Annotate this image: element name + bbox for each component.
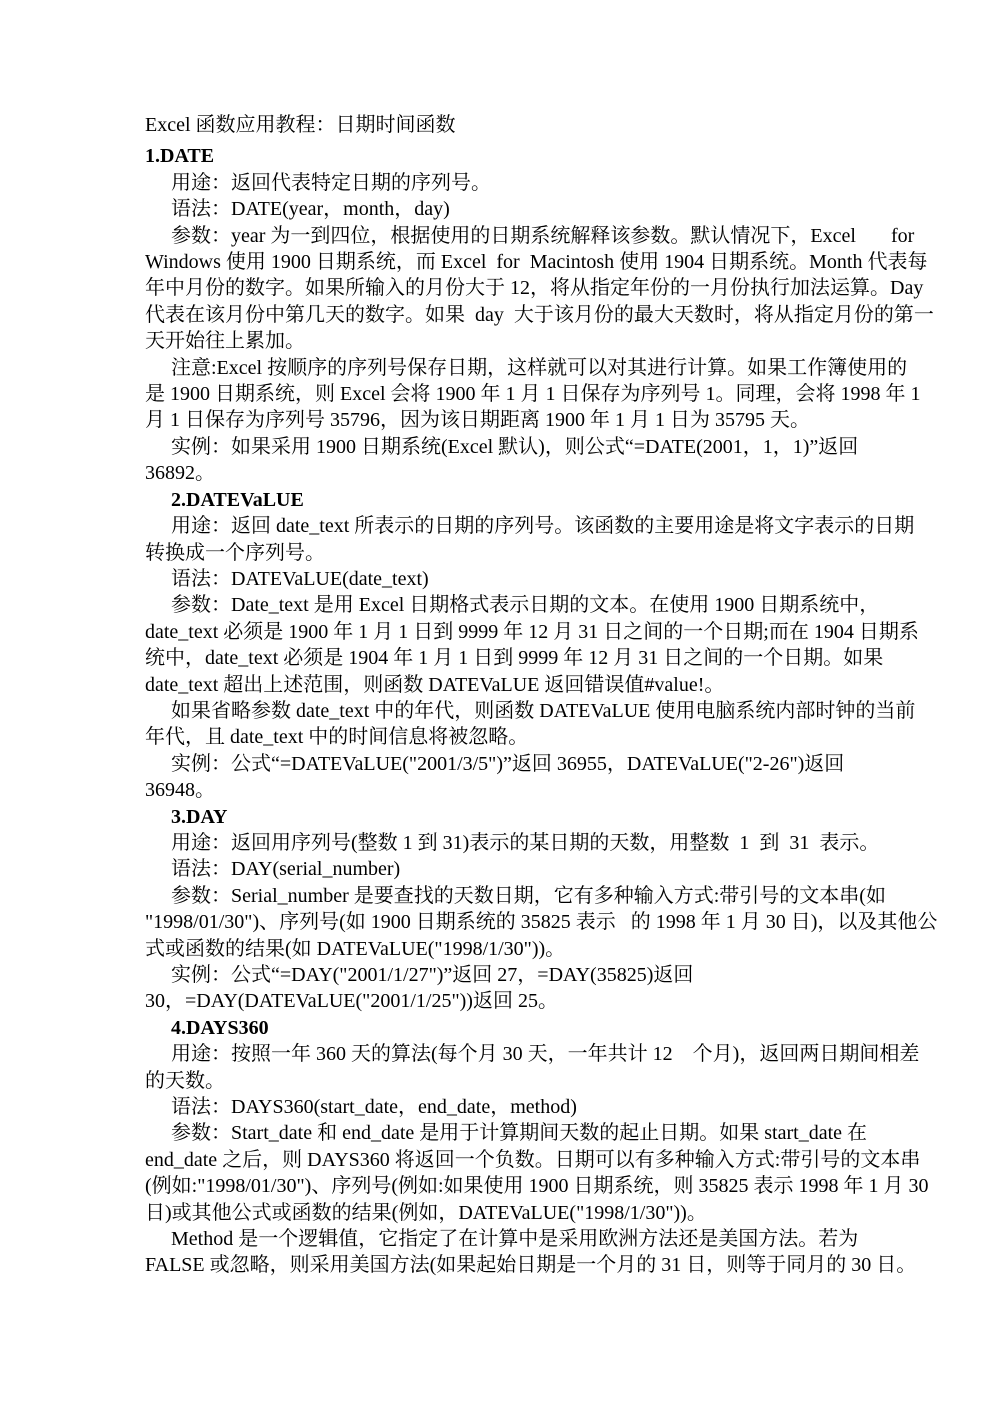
- document-content: Excel 函数应用教程：日期时间函数1.DATE用途：返回代表特定日期的序列号…: [145, 112, 851, 1279]
- text-line: 月 1 日保存为序列号 35796，因为该日期距离 1900 年 1 月 1 日…: [145, 407, 851, 433]
- text-line: 36948。: [145, 777, 851, 803]
- text-line: 注意:Excel 按顺序的序列号保存日期，这样就可以对其进行计算。如果工作簿使用…: [145, 355, 851, 381]
- text-line: 用途：按照一年 360 天的算法(每个月 30 天，一年共计 12 个月)，返回…: [145, 1041, 851, 1067]
- section-heading: 2.DATEVaLUE: [145, 487, 851, 513]
- text-line: 是 1900 日期系统，则 Excel 会将 1900 年 1 月 1 日保存为…: [145, 381, 851, 407]
- text-line: 代表在该月份中第几天的数字。如果 day 大于该月份的最大天数时，将从指定月份的…: [145, 302, 851, 328]
- text-line: 语法：DATEVaLUE(date_text): [145, 566, 851, 592]
- text-line: 日)或其他公式或函数的结果(例如，DATEVaLUE("1998/1/30"))…: [145, 1200, 851, 1226]
- text-line: 语法：DAYS360(start_date，end_date，method): [145, 1094, 851, 1120]
- text-line: 统中，date_text 必须是 1904 年 1 月 1 日到 9999 年 …: [145, 645, 851, 671]
- text-line: date_text 必须是 1900 年 1 月 1 日到 9999 年 12 …: [145, 619, 851, 645]
- text-line: 的天数。: [145, 1068, 851, 1094]
- text-line: "1998/01/30")、序列号(如 1900 日期系统的 35825 表示 …: [145, 909, 851, 935]
- text-line: 参数：Serial_number 是要查找的天数日期，它有多种输入方式:带引号的…: [145, 883, 851, 909]
- text-line: 年中月份的数字。如果所输入的月份大于 12，将从指定年份的一月份执行加法运算。D…: [145, 275, 851, 301]
- text-line: 用途：返回代表特定日期的序列号。: [145, 170, 851, 196]
- text-line: 参数：year 为一到四位，根据使用的日期系统解释该参数。默认情况下，Excel…: [145, 223, 851, 249]
- text-line: 参数：Date_text 是用 Excel 日期格式表示日期的文本。在使用 19…: [145, 592, 851, 618]
- text-line: 实例：如果采用 1900 日期系统(Excel 默认)，则公式“=DATE(20…: [145, 434, 851, 460]
- document-page: Excel 函数应用教程：日期时间函数1.DATE用途：返回代表特定日期的序列号…: [0, 0, 993, 1404]
- text-line: 年代，且 date_text 中的时间信息将被忽略。: [145, 724, 851, 750]
- text-line: 式或函数的结果(如 DATEVaLUE("1998/1/30"))。: [145, 936, 851, 962]
- document-title: Excel 函数应用教程：日期时间函数: [145, 112, 851, 138]
- section-heading: 1.DATE: [145, 143, 851, 169]
- section-heading: 3.DAY: [145, 804, 851, 830]
- text-line: 参数：Start_date 和 end_date 是用于计算期间天数的起止日期。…: [145, 1120, 851, 1146]
- text-line: 天开始往上累加。: [145, 328, 851, 354]
- section-heading: 4.DAYS360: [145, 1015, 851, 1041]
- text-line: end_date 之后，则 DAYS360 将返回一个负数。日期可以有多种输入方…: [145, 1147, 851, 1173]
- text-line: Method 是一个逻辑值，它指定了在计算中是采用欧洲方法还是美国方法。若为: [145, 1226, 851, 1252]
- text-line: 实例：公式“=DATEVaLUE("2001/3/5")”返回 36955，DA…: [145, 751, 851, 777]
- text-line: 30，=DAY(DATEVaLUE("2001/1/25"))返回 25。: [145, 988, 851, 1014]
- text-line: 语法：DATE(year，month，day): [145, 196, 851, 222]
- text-line: 用途：返回用序列号(整数 1 到 31)表示的某日期的天数，用整数 1 到 31…: [145, 830, 851, 856]
- text-line: 如果省略参数 date_text 中的年代，则函数 DATEVaLUE 使用电脑…: [145, 698, 851, 724]
- text-line: 实例：公式“=DAY("2001/1/27")”返回 27，=DAY(35825…: [145, 962, 851, 988]
- text-line: 语法：DAY(serial_number): [145, 856, 851, 882]
- text-line: 36892。: [145, 460, 851, 486]
- text-line: date_text 超出上述范围，则函数 DATEVaLUE 返回错误值#val…: [145, 672, 851, 698]
- text-line: Windows 使用 1900 日期系统，而 Excel for Macinto…: [145, 249, 851, 275]
- text-line: FALSE 或忽略，则采用美国方法(如果起始日期是一个月的 31 日，则等于同月…: [145, 1252, 851, 1278]
- text-line: (例如:"1998/01/30")、序列号(例如:如果使用 1900 日期系统，…: [145, 1173, 851, 1199]
- text-line: 转换成一个序列号。: [145, 540, 851, 566]
- text-line: 用途：返回 date_text 所表示的日期的序列号。该函数的主要用途是将文字表…: [145, 513, 851, 539]
